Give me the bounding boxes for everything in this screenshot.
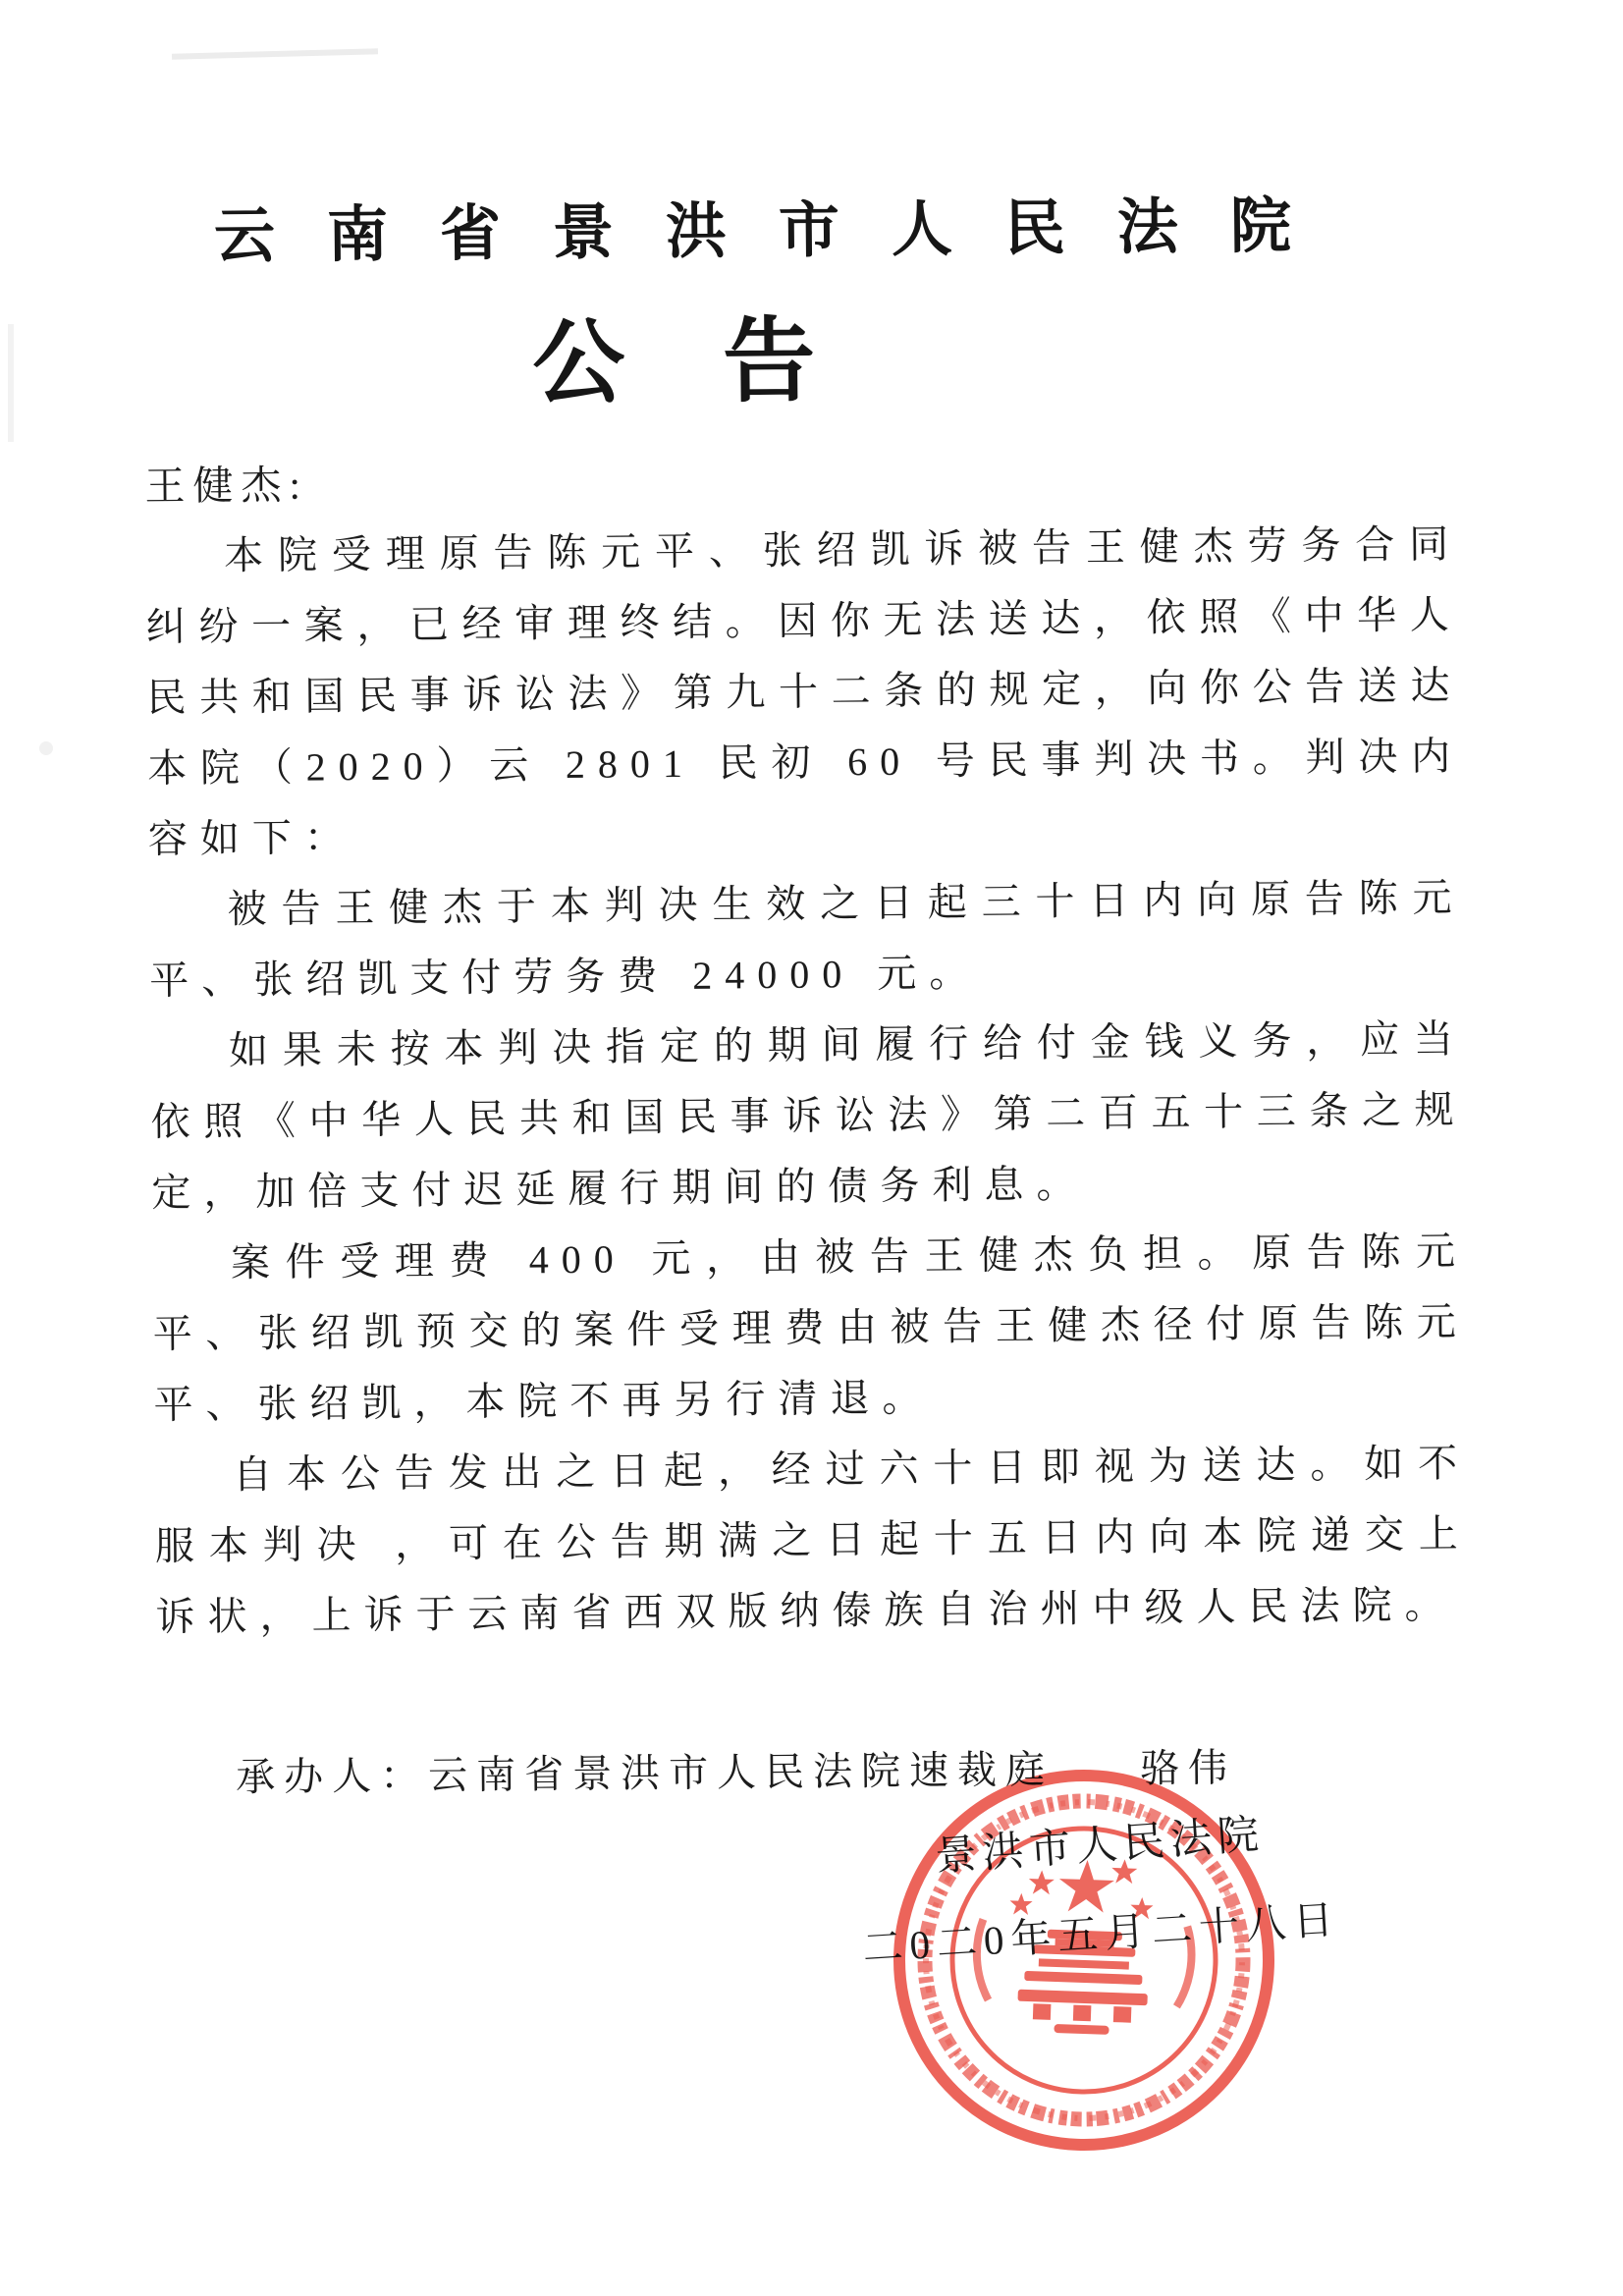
scan-artifact: [8, 324, 14, 442]
court-title: 云南省景洪市人民法院: [121, 176, 1437, 276]
document-page: 云南省景洪市人民法院 公告 王健杰: 本院受理原告陈元平、张绍凯诉被告王健杰劳务…: [0, 0, 1623, 2296]
undertaker-line: 承办人：云南省景洪市人民法院速裁庭骆伟: [157, 1734, 1473, 1803]
signature-court: 景洪市人民法院: [933, 1801, 1266, 1883]
document-content: 云南省景洪市人民法院 公告 王健杰: 本院受理原告陈元平、张绍凯诉被告王健杰劳务…: [140, 0, 1474, 1803]
paragraph: 自本公告发出之日起，经过六十日即视为送达。如不服本判决 ，可在公告期满之日起十五…: [154, 1428, 1472, 1653]
undertaker-org: 云南省景洪市人民法院速裁庭: [428, 1747, 1054, 1797]
signature-date: 二0二0年五月二十八日: [861, 1886, 1342, 1974]
paragraph: 案件受理费 400 元，由被告王健杰负担。原告陈元平、张绍凯预交的案件受理费由被…: [152, 1216, 1470, 1441]
notice-title: 公告: [65, 281, 1381, 426]
paragraph: 本院受理原告陈元平、张绍凯诉被告王健杰劳务合同纠纷一案，已经审理终结。因你无法送…: [145, 509, 1464, 875]
undertaker-label: 承办人：: [236, 1753, 428, 1799]
undertaker-name: 骆伟: [1140, 1746, 1236, 1791]
notice-body: 本院受理原告陈元平、张绍凯诉被告王健杰劳务合同纠纷一案，已经审理终结。因你无法送…: [145, 509, 1472, 1653]
scan-artifact: [39, 741, 53, 755]
addressee: 王健杰:: [144, 438, 1461, 521]
paragraph: 被告王健杰于本判决生效之日起三十日内向原告陈元平、张绍凯支付劳务费 24000 …: [148, 862, 1465, 1016]
paragraph: 如果未按本判决指定的期间履行给付金钱义务，应当依照《中华人民共和国民事诉讼法》第…: [150, 1004, 1468, 1229]
